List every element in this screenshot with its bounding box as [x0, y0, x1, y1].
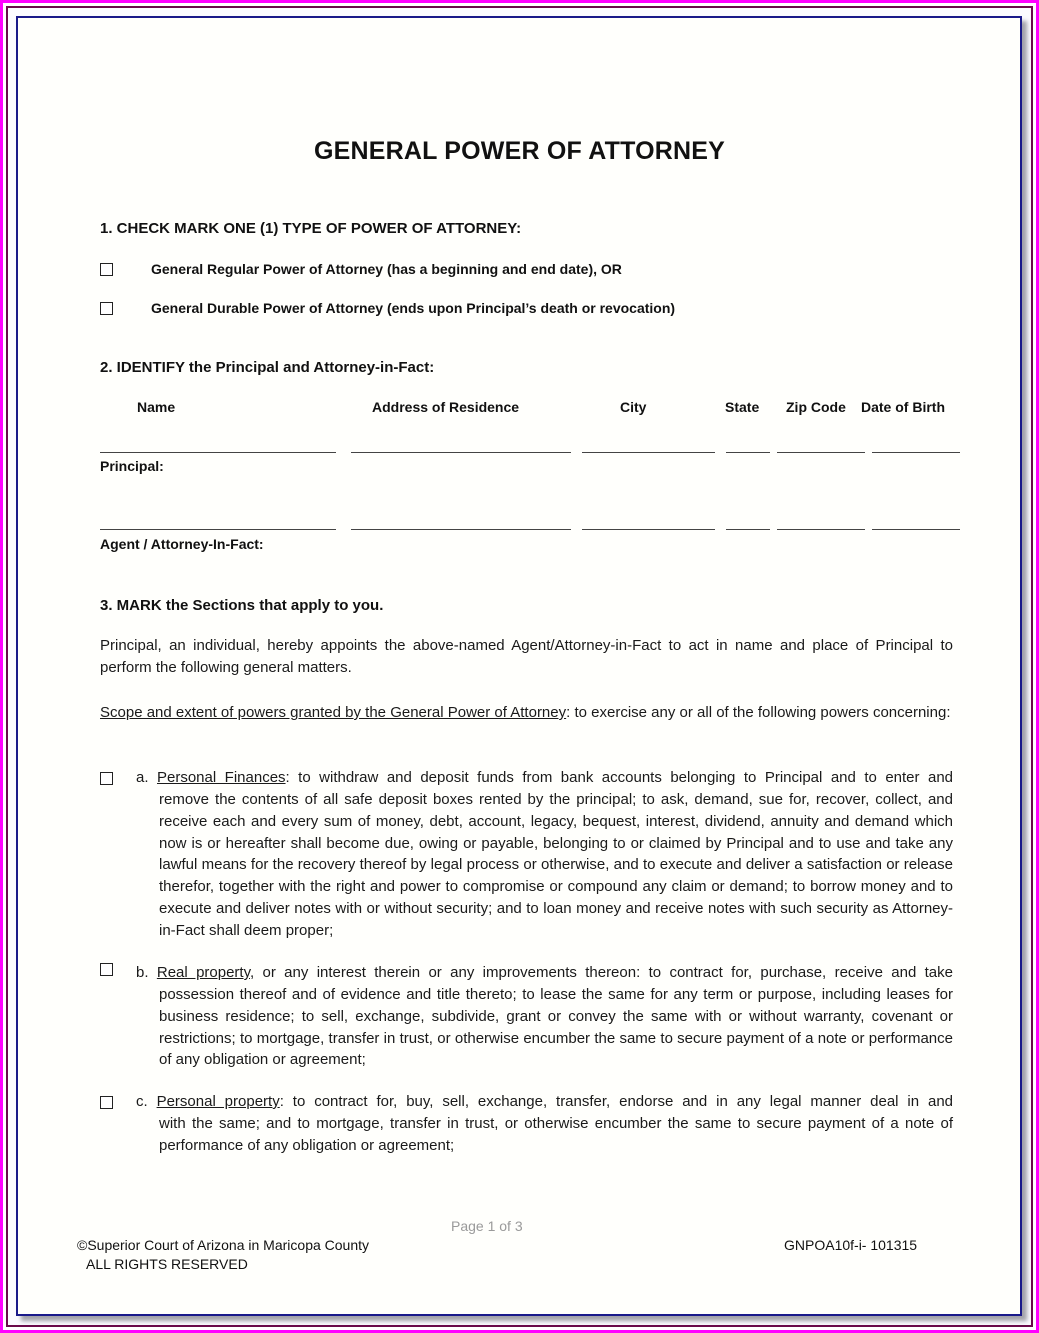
agent-zip-field[interactable]: [777, 529, 865, 530]
scope-paragraph: Scope and extent of powers granted by th…: [100, 702, 953, 724]
item-c-letter: c.: [136, 1093, 148, 1110]
agent-address-field[interactable]: [351, 529, 571, 530]
form-code: GNPOA10f-i- 101315: [784, 1237, 917, 1253]
item-b-title: Real property: [157, 964, 250, 981]
column-header-dob: Date of Birth: [861, 399, 945, 415]
checkbox-general-regular[interactable]: [100, 263, 113, 276]
scope-underlined-text: Scope and extent of powers granted by th…: [100, 704, 566, 721]
checkbox-personal-property[interactable]: [100, 1096, 113, 1109]
column-header-state: State: [725, 399, 759, 415]
item-b-body: possession thereof and of evidence and t…: [159, 984, 953, 1071]
scope-rest-text: : to exercise any or all of the followin…: [566, 704, 950, 721]
item-b-first-line-text: , or any interest therein or any improve…: [250, 964, 953, 981]
option-general-regular-label: General Regular Power of Attorney (has a…: [151, 261, 622, 277]
agent-dob-field[interactable]: [872, 529, 960, 530]
item-a-body: remove the contents of all safe deposit …: [159, 789, 953, 942]
item-c-title: Personal property: [157, 1093, 280, 1110]
checkbox-general-durable[interactable]: [100, 302, 113, 315]
principal-city-field[interactable]: [582, 452, 715, 453]
footer-copyright: ©Superior Court of Arizona in Maricopa C…: [77, 1237, 369, 1253]
item-c-first-line-text: : to contract for, buy, sell, exchange, …: [280, 1093, 953, 1110]
column-header-address: Address of Residence: [372, 399, 519, 415]
checkbox-real-property[interactable]: [100, 963, 113, 976]
agent-row-label: Agent / Attorney-In-Fact:: [100, 536, 264, 552]
item-b-first-line: b. Real property, or any interest therei…: [136, 962, 953, 984]
item-c-body: with the same; and to mortgage, transfer…: [159, 1113, 953, 1157]
principal-row-label: Principal:: [100, 458, 164, 474]
column-header-city: City: [620, 399, 646, 415]
principal-address-field[interactable]: [351, 452, 571, 453]
option-general-durable-label: General Durable Power of Attorney (ends …: [151, 300, 675, 316]
item-a-title: Personal Finances: [157, 769, 286, 786]
section3-intro-paragraph: Principal, an individual, hereby appoint…: [100, 635, 953, 679]
item-a-first-line-text: : to withdraw and deposit funds from ban…: [286, 769, 953, 786]
section1-heading: 1. CHECK MARK ONE (1) TYPE OF POWER OF A…: [100, 220, 521, 237]
agent-state-field[interactable]: [726, 529, 770, 530]
agent-city-field[interactable]: [582, 529, 715, 530]
item-c-first-line: c. Personal property: to contract for, b…: [136, 1091, 953, 1113]
page-indicator: Page 1 of 3: [451, 1218, 523, 1234]
item-b-letter: b.: [136, 964, 149, 981]
item-a-letter: a.: [136, 769, 149, 786]
column-header-name: Name: [137, 399, 175, 415]
agent-name-field[interactable]: [100, 529, 336, 530]
section2-heading: 2. IDENTIFY the Principal and Attorney-i…: [100, 359, 434, 376]
item-a-first-line: a. Personal Finances: to withdraw and de…: [136, 767, 953, 789]
checkbox-personal-finances[interactable]: [100, 772, 113, 785]
document-title: GENERAL POWER OF ATTORNEY: [0, 137, 1039, 166]
principal-name-field[interactable]: [100, 452, 336, 453]
principal-dob-field[interactable]: [872, 452, 960, 453]
section3-heading: 3. MARK the Sections that apply to you.: [100, 597, 383, 614]
column-header-zip: Zip Code: [786, 399, 846, 415]
footer-rights: ALL RIGHTS RESERVED: [86, 1256, 248, 1272]
principal-state-field[interactable]: [726, 452, 770, 453]
principal-zip-field[interactable]: [777, 452, 865, 453]
